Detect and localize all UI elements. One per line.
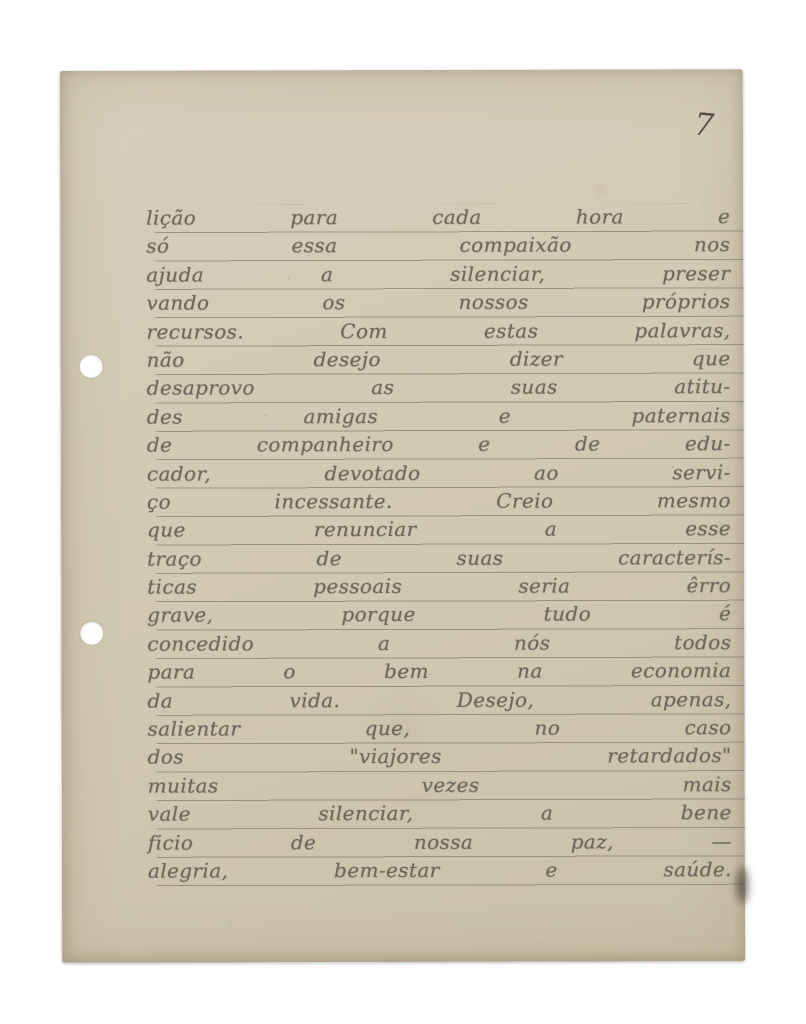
- punch-hole-bottom: [80, 622, 103, 645]
- handwritten-line: cador, devotado ao servi-: [147, 459, 731, 489]
- handwritten-line: para o bem na economia: [147, 657, 731, 687]
- page-number: 7: [683, 106, 726, 145]
- handwritten-line: recursos. Com estas palavras,: [146, 317, 730, 347]
- scanned-document: 7 lição para cada hora esó essa compaixã…: [0, 0, 806, 1024]
- handwritten-line: ço incessante. Creio mesmo: [147, 487, 731, 517]
- handwritten-line: dos "viajores retardados": [148, 743, 732, 773]
- handwritten-line: ajuda a silenciar, preser: [146, 260, 730, 290]
- handwritten-line: da vida. Desejo, apenas,: [147, 686, 731, 716]
- handwritten-line: des amigas e paternais: [147, 402, 731, 432]
- handwritten-line: desaprovo as suas atitu-: [147, 373, 731, 403]
- handwritten-line: concedido a nós todos: [147, 629, 731, 659]
- handwritten-line: ticas pessoais seria êrro: [147, 572, 731, 602]
- handwritten-line: lição para cada hora e: [146, 203, 730, 233]
- handwritten-line: de companheiro e de edu-: [147, 430, 731, 460]
- handwritten-line: não desejo dizer que: [147, 345, 731, 375]
- manuscript-paper: 7 lição para cada hora esó essa compaixã…: [60, 69, 745, 963]
- handwritten-line: salientar que, no caso: [148, 714, 732, 744]
- handwritten-line: alegria, bem-estar e saúde.: [148, 856, 732, 886]
- handwriting-lines: lição para cada hora esó essa compaixão …: [146, 203, 732, 886]
- punch-hole-top: [80, 355, 103, 378]
- handwritten-line: grave, porque tudo é: [147, 601, 731, 631]
- handwritten-line: só essa compaixão nos: [146, 232, 730, 262]
- handwritten-line: ficio de nossa paz, —: [148, 828, 732, 858]
- handwritten-line: vale silenciar, a bene: [148, 799, 732, 829]
- handwritten-line: traço de suas caracterís-: [147, 544, 731, 574]
- handwritten-line: muitas vezes mais: [148, 771, 732, 801]
- handwritten-line: vando os nossos próprios: [146, 288, 730, 318]
- handwritten-line: que renunciar a esse: [147, 515, 731, 545]
- ink-smudge: [736, 867, 749, 903]
